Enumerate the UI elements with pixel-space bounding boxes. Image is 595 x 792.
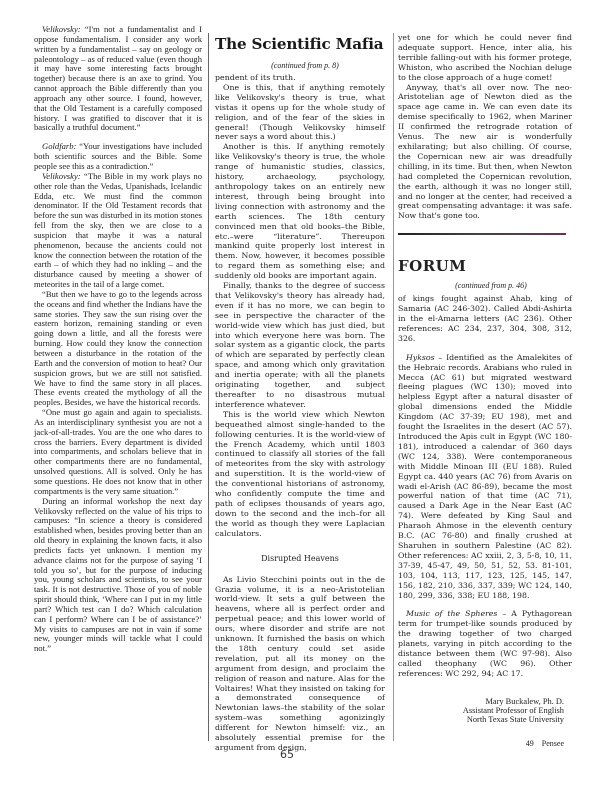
- forum-entry: Hyksos – Identified as the Amalekites of…: [398, 353, 572, 601]
- left-column: Velikovsky: “I'm not a fundamentalist an…: [34, 25, 202, 654]
- speaker-name: Goldfarb:: [42, 141, 76, 151]
- author-institution: North Texas State University: [398, 715, 564, 724]
- column-divider: [393, 33, 394, 741]
- footer-publication: Pensee: [542, 739, 564, 748]
- page-number: 65: [280, 748, 294, 761]
- footer-page-number: 49: [526, 739, 534, 748]
- entry-term: Hyksos: [406, 353, 435, 362]
- interview-paragraph: During an informal workshop the next day…: [34, 497, 202, 655]
- article-paragraph: Finally, thanks to the degree of success…: [215, 281, 385, 410]
- interview-paragraph: Goldfarb: “Your investigations have incl…: [34, 142, 202, 172]
- continued-note: (continued from p. 8): [225, 61, 385, 70]
- forum-heading: FORUM: [398, 257, 572, 275]
- article-paragraph: One is this, that if anything remotely l…: [215, 83, 385, 142]
- interview-paragraph: Velikovsky: “I'm not a fundamentalist an…: [34, 25, 202, 133]
- middle-column: The Scientific Mafia (continued from p. …: [215, 25, 385, 753]
- author-title: Assistant Professor of English: [398, 706, 564, 715]
- forum-entry: Music of the Spheres – A Pythagorean ter…: [398, 609, 572, 678]
- right-column: yet one for which he could never find ad…: [398, 33, 572, 748]
- page-footer: 49Pensee: [398, 739, 572, 748]
- author-name: Mary Buckalew, Ph. D.: [398, 697, 564, 706]
- column-divider: [208, 33, 209, 741]
- article-title: The Scientific Mafia: [215, 35, 385, 53]
- section-rule: [398, 233, 566, 235]
- speaker-name: Velikovsky:: [42, 171, 81, 181]
- interview-paragraph: “But then we have to go to the legends a…: [34, 290, 202, 408]
- article-paragraph: Anyway, that's all over now. The neo-Ari…: [398, 83, 572, 222]
- article-paragraph: pendent of its truth.: [215, 73, 385, 83]
- article-paragraph: This is the world view which Newton bequ…: [215, 410, 385, 539]
- article-paragraph: As Livio Stecchini points out in the de …: [215, 575, 385, 753]
- interview-paragraph: Velikovsky: “The Bible in my work plays …: [34, 172, 202, 290]
- author-signature: Mary Buckalew, Ph. D. Assistant Professo…: [398, 697, 572, 724]
- continued-note: (continued from p. 46): [410, 281, 572, 290]
- entry-term: Music of the Spheres: [406, 609, 497, 618]
- article-paragraph: Another is this. If anything remotely li…: [215, 142, 385, 281]
- article-paragraph: yet one for which he could never find ad…: [398, 33, 572, 83]
- forum-entry: of kings fought against Ahab, king of Sa…: [398, 294, 572, 344]
- interview-paragraph: “One must go again and again to speciali…: [34, 408, 202, 497]
- section-subheading: Disrupted Heavens: [215, 554, 385, 563]
- speaker-name: Velikovsky:: [42, 24, 81, 34]
